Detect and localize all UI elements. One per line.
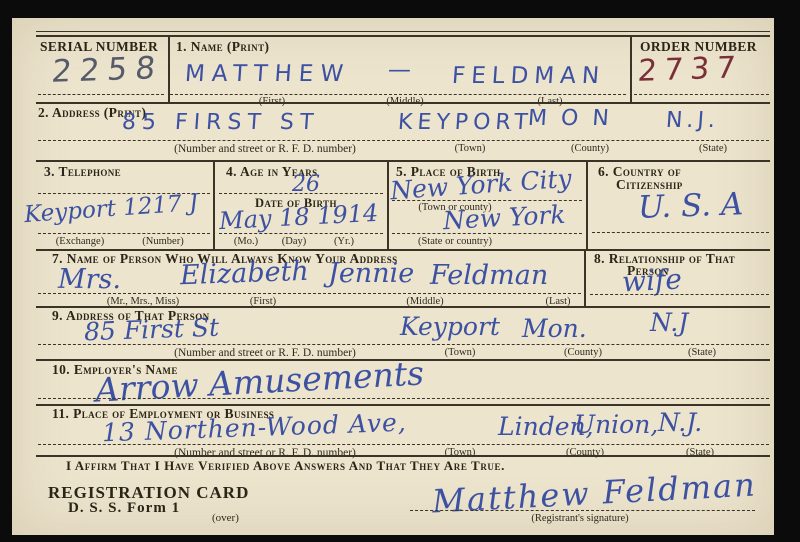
address-sub-street: (Number and street or R. F. D. number) (174, 143, 356, 155)
contact-address-sub-street: (Number and street or R. F. D. number) (174, 347, 356, 359)
contact-address-town-value: Keyport (400, 312, 500, 341)
dob-write-line (219, 233, 383, 234)
contact-address-county-value: Mon. (522, 314, 587, 343)
employment-county-value: Union, (574, 410, 658, 439)
telephone-label: 3. Telephone (44, 165, 121, 179)
contact-first-value: Elizabeth (179, 256, 309, 291)
address-write-line (38, 140, 769, 141)
name-middle-value: — (387, 57, 412, 83)
name-last-value: FELDMAN (451, 63, 606, 89)
serial-number-value: 2258 (50, 50, 165, 90)
citizenship-write-line (592, 232, 769, 233)
address-county-value: MON (527, 106, 624, 131)
order-write-line (634, 94, 769, 95)
contact-address-state-value: N.J (650, 308, 688, 337)
order-number-value: 2737 (637, 50, 744, 89)
rule-row7-bottom (36, 455, 770, 457)
contact-last-value: Feldman (430, 260, 548, 291)
telephone-sub-exchange: (Exchange) (56, 236, 104, 247)
divider-tel-age (213, 160, 215, 249)
birth-sub-state: (State or country) (418, 236, 492, 247)
divider-contact-rel (584, 249, 586, 306)
divider-serial-name (168, 35, 170, 102)
rule-row1-bottom (36, 102, 770, 104)
form-number: D. S. S. Form 1 (68, 501, 180, 517)
address-street-value: 85 FIRST ST (121, 110, 320, 135)
employment-write-line (38, 444, 769, 445)
over-note: (over) (212, 512, 239, 524)
employment-state-value: N.J. (658, 408, 702, 437)
telephone-sub-number: (Number) (142, 236, 183, 247)
dob-sub-day: (Day) (282, 236, 307, 247)
contact-write-line (38, 293, 581, 294)
birth-state-line (392, 233, 582, 234)
divider-name-order (630, 35, 632, 102)
contact-address-sub-county: (County) (564, 347, 602, 358)
contact-title-value: Mrs. (58, 264, 121, 295)
draft-registration-card: SERIAL NUMBER 2258 1. Name (Print) MATTH… (0, 0, 800, 542)
address-town-value: KEYPORT (397, 110, 533, 135)
contact-middle-value: Jennie (328, 258, 414, 289)
name-write-line (170, 94, 626, 95)
dob-sub-yr: (Yr.) (334, 236, 354, 247)
rule-row2-bottom (36, 160, 770, 162)
affirmation-text: I Affirm That I Have Verified Above Answ… (66, 459, 505, 473)
citizenship-value: U. S. A (637, 186, 743, 226)
contact-address-write-line (38, 344, 769, 345)
name-label: 1. Name (Print) (176, 40, 269, 54)
signature-sub-label: (Registrant's signature) (531, 513, 628, 524)
address-sub-state: (State) (699, 143, 727, 154)
name-first-value: MATTHEW (184, 61, 351, 87)
contact-address-street-value: 85 First St (84, 313, 220, 347)
employer-write-line (38, 398, 769, 399)
serial-write-line (38, 94, 164, 95)
age-write-line (219, 193, 383, 194)
rule-top-thin (36, 31, 770, 32)
address-sub-county: (County) (571, 143, 609, 154)
contact-address-sub-town: (Town) (445, 347, 476, 358)
divider-birth-citizen (586, 160, 588, 249)
telephone-write-line-2 (38, 233, 210, 234)
address-state-value: N.J. (665, 108, 720, 133)
address-sub-town: (Town) (455, 143, 486, 154)
contact-address-sub-state: (State) (688, 347, 716, 358)
signature-write-line (410, 510, 755, 511)
relationship-write-line (590, 294, 769, 295)
rule-top (36, 35, 770, 37)
dob-sub-mo: (Mo.) (234, 236, 258, 247)
divider-age-birth (387, 160, 389, 249)
